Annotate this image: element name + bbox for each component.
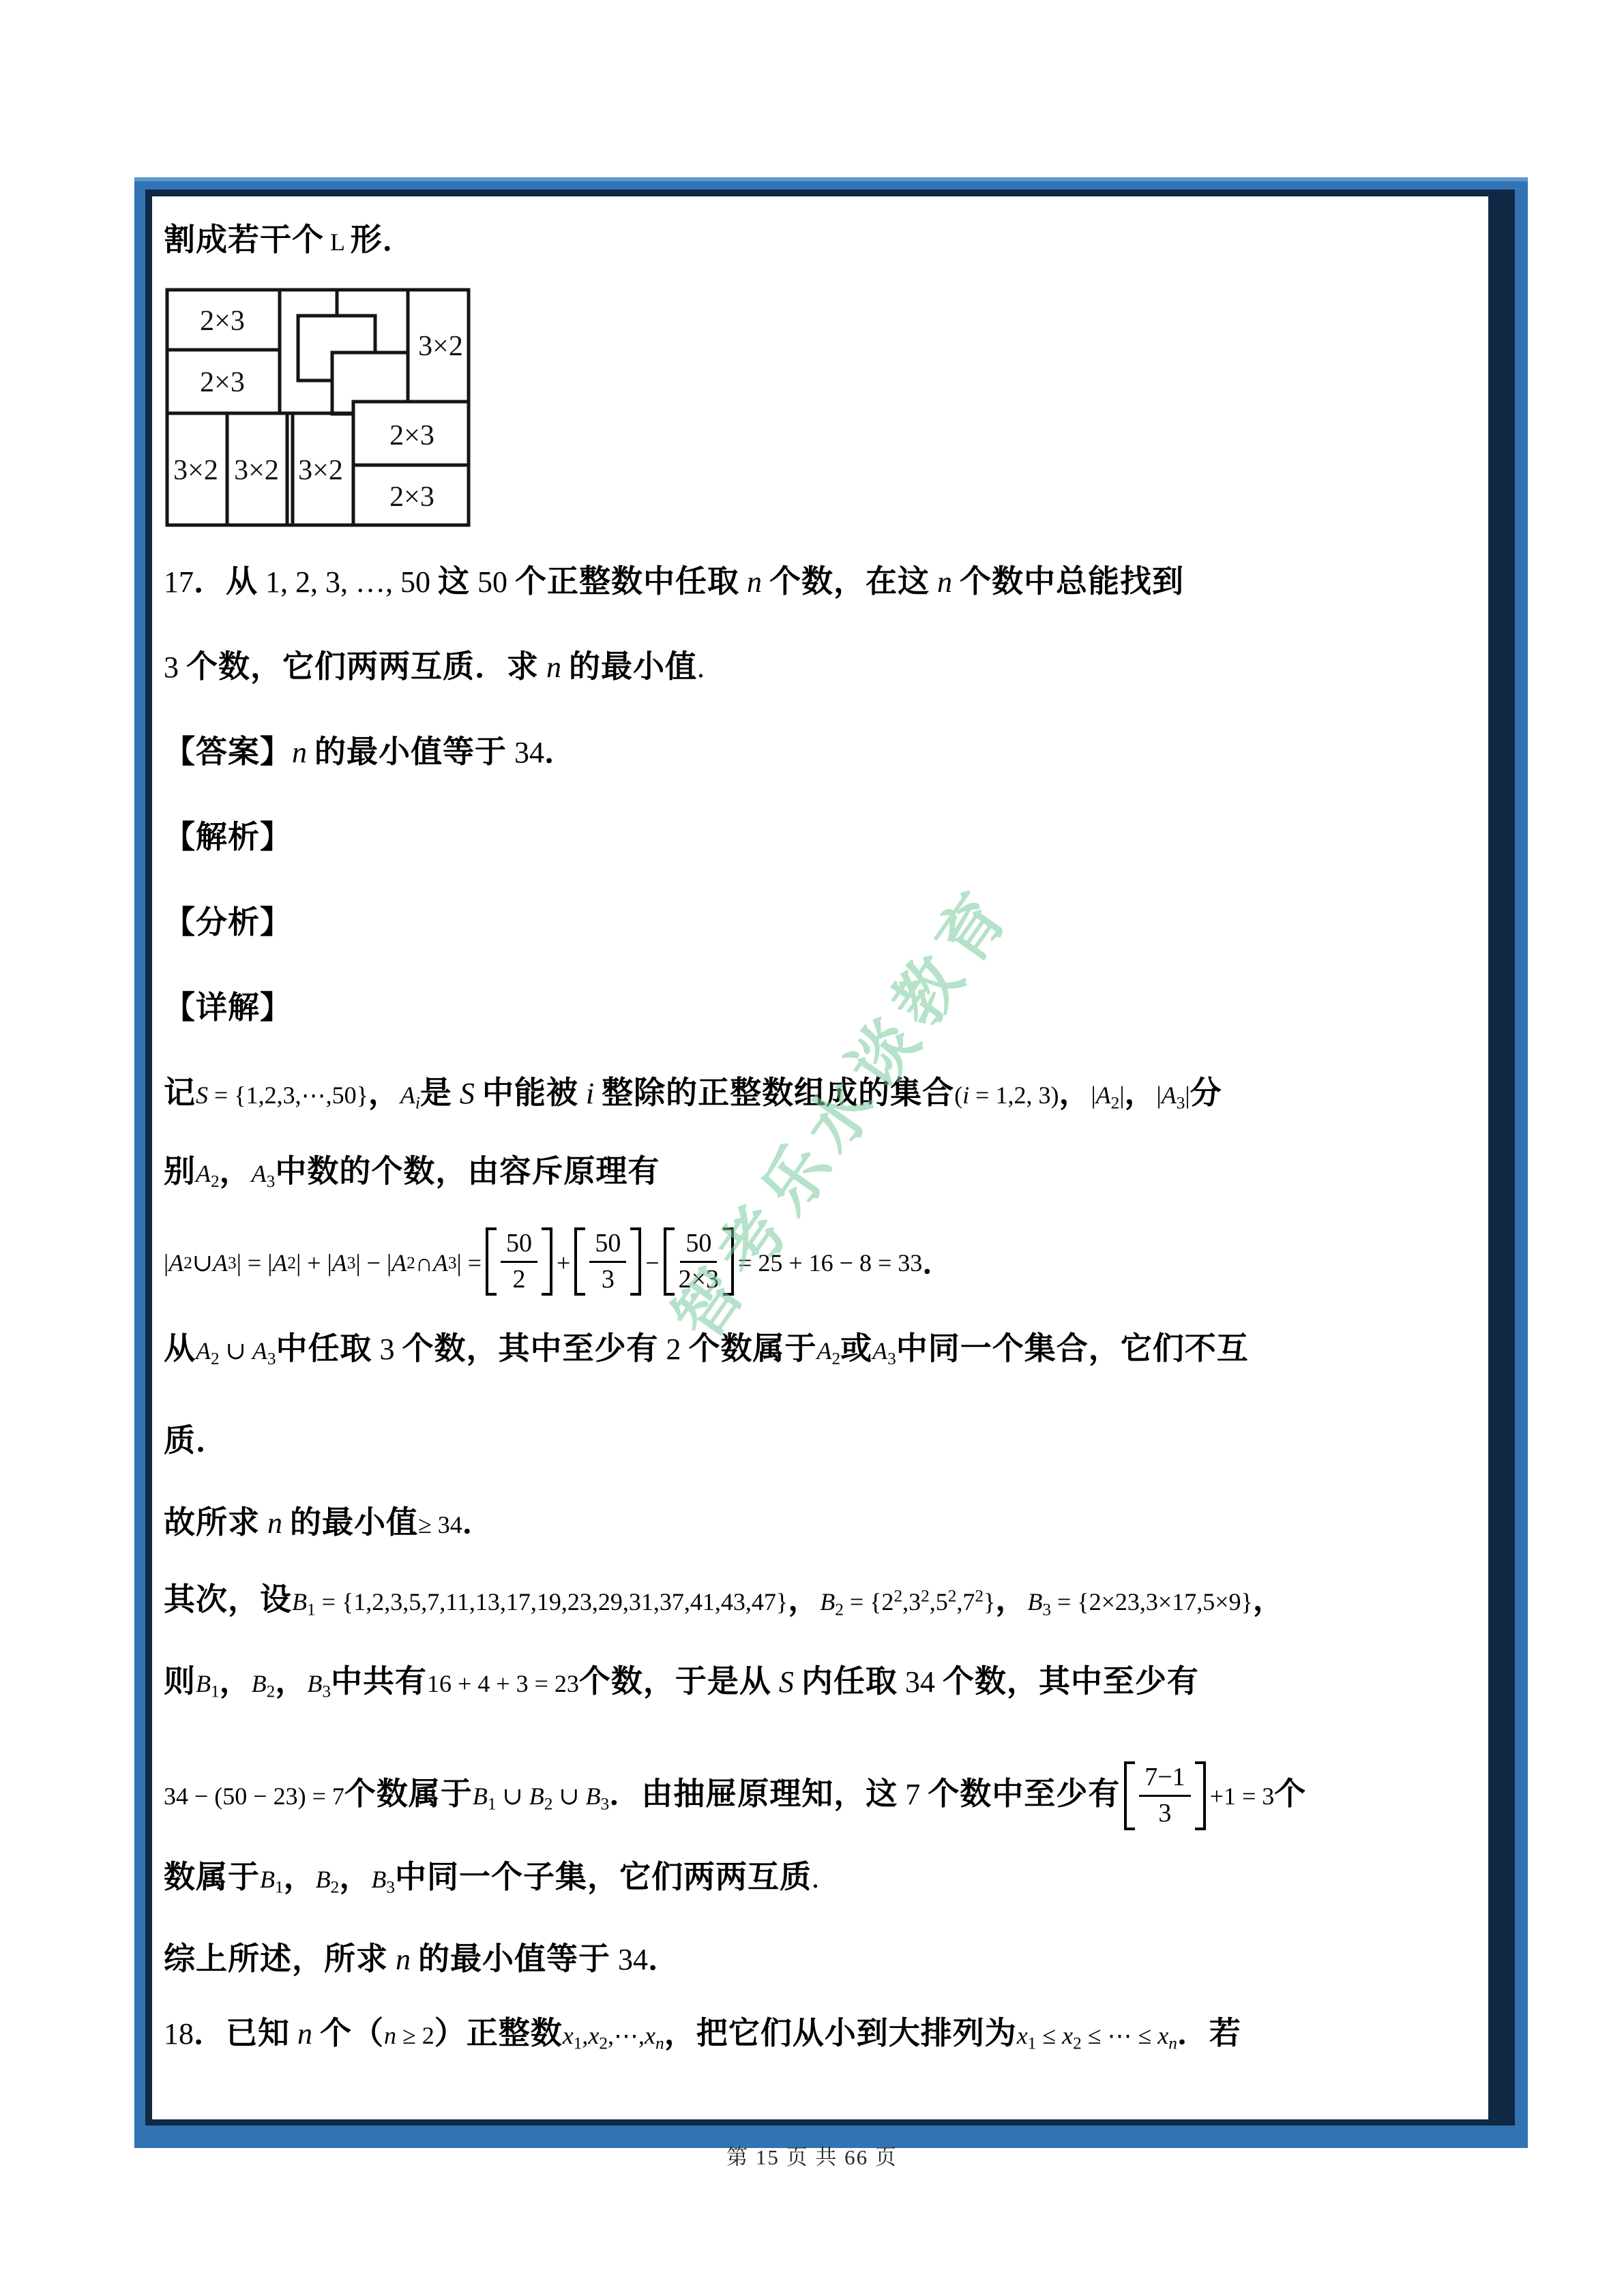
text-line: 18．已知 n 个（n ≥ 2）正整数x1,x2,⋯,xn，把它们从小到大排列为… [164, 2013, 1472, 2055]
text-line: 记S = {1,2,3,⋯,50}，Ai是 S 中能被 i 整除的正整数组成的集… [164, 1073, 1472, 1114]
figure-label: 2×3 [389, 481, 434, 513]
text-line: 数属于B1，B2，B3中同一个子集，它们两两互质. [164, 1857, 1472, 1898]
figure-label: 2×3 [389, 420, 434, 451]
figure-label: 3×2 [418, 331, 463, 362]
figure-label: 2×3 [200, 305, 245, 337]
dissection-figure: 2×32×33×23×23×23×22×32×3 [165, 288, 471, 531]
figure-label: 3×2 [234, 455, 279, 486]
text-line: 【分析】 [164, 902, 1472, 943]
text-line: 割成若干个 L 形． [164, 220, 1472, 260]
text-line: 3 个数，它们两两互质．求 n 的最小值. [164, 646, 1472, 687]
text-line: 【答案】n 的最小值等于 34． [164, 732, 1472, 773]
frame-highlight [134, 177, 1528, 181]
figure-label: 2×3 [200, 367, 245, 398]
text-line: 17．从 1, 2, 3, …, 50 这 50 个正整数中任取 n 个数，在这… [164, 561, 1472, 602]
figure-label: 3×2 [173, 455, 218, 486]
document-page: 2×32×33×23×23×23×22×32×3 割成若干个 L 形． 17．从… [0, 0, 1624, 2296]
dissection-figure-svg: 2×32×33×23×23×23×22×32×3 [165, 288, 471, 527]
text-line: 综上所述，所求 n 的最小值等于 34． [164, 1939, 1472, 1980]
page-footer: 第 15 页 共 66 页 [0, 2140, 1624, 2171]
text-line: |A2 ∪ A3| = |A2| + |A3| − |A2 ∩ A3| = 50… [164, 1223, 1472, 1303]
text-line: 【解析】 [164, 817, 1472, 858]
text-line: 质． [164, 1420, 1472, 1461]
text-line: 【详解】 [164, 987, 1472, 1028]
text-line: 故所求 n 的最小值≥ 34． [164, 1502, 1472, 1543]
text-line: 34 − (50 − 23) = 7个数属于B1 ∪ B2 ∪ B3．由抽屉原理… [164, 1763, 1472, 1832]
figure-label: 3×2 [298, 455, 343, 486]
text-line: 其次，设B1 = {1,2,3,5,7,11,13,17,19,23,29,31… [164, 1579, 1472, 1621]
figure-labels: 2×32×33×23×23×23×22×32×3 [173, 305, 463, 513]
text-line: 别A2，A3中数的个数，由容斥原理有 [164, 1151, 1472, 1193]
text-line: 则B1，B2，B3中共有16 + 4 + 3 = 23个数，于是从 S 内任取 … [164, 1661, 1472, 1703]
text-line: 从A2 ∪ A3中任取 3 个数，其中至少有 2 个数属于A2或A3中同一个集合… [164, 1328, 1472, 1370]
